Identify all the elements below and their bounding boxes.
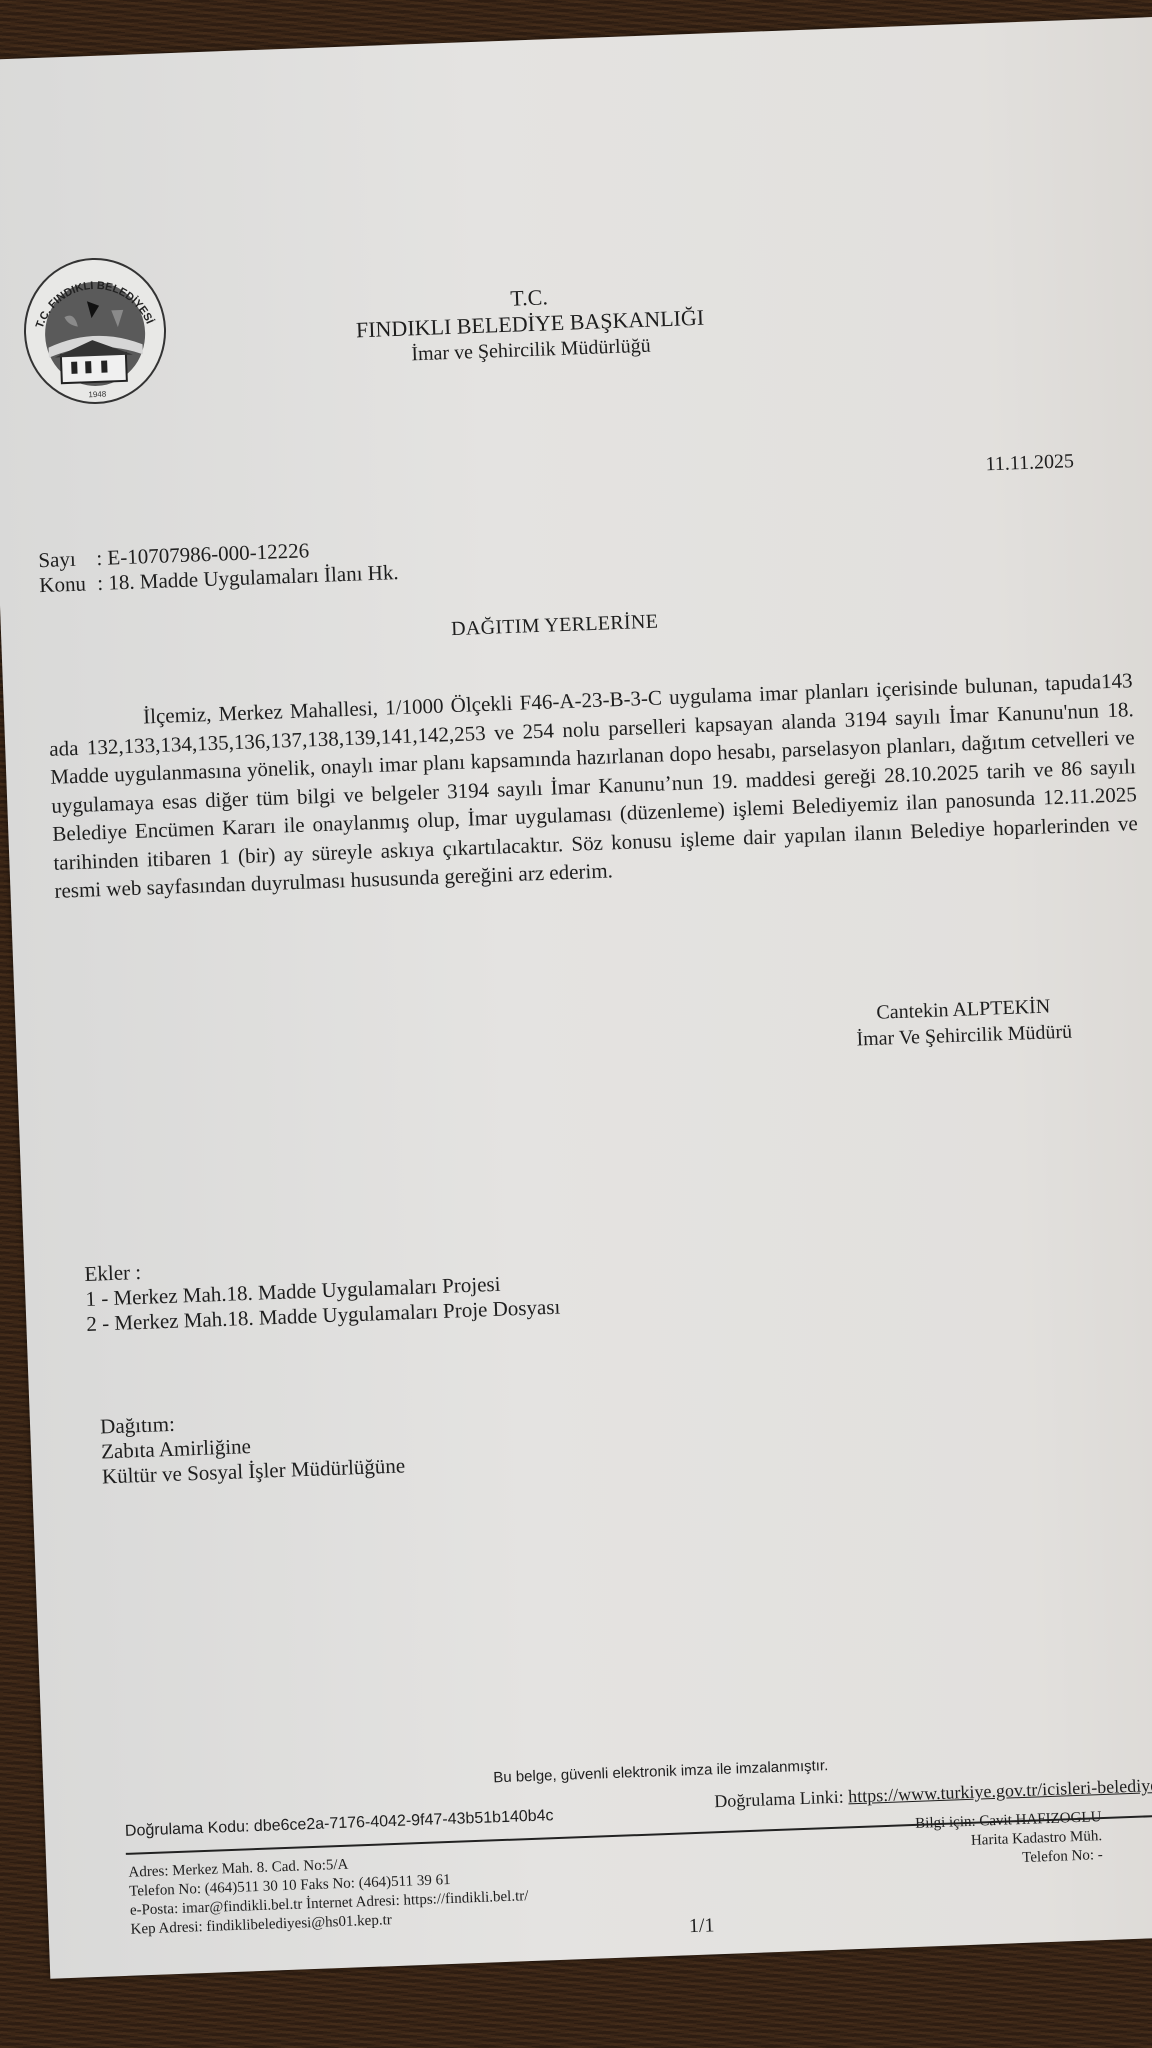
verification-code: Doğrulama Kodu: dbe6ce2a-7176-4042-9f47-… [125, 1807, 554, 1841]
subject-label: Konu [39, 571, 98, 598]
contact-info: Bilgi için: Cavit HAFIZOGLU Harita Kadas… [915, 1808, 1103, 1872]
letterhead: T.C. FINDIKLI BELEDİYE BAŞKANLIĞI İmar v… [319, 277, 742, 370]
number-label: Sayı [38, 546, 97, 573]
document-page: 1948 T.C. FINDIKLI BELEDİYESİ T.C. FINDI… [0, 15, 1152, 1979]
body-paragraph: İlçemiz, Merkez Mahallesi, 1/1000 Ölçekl… [48, 666, 1140, 905]
esignature-note: Bu belge, güvenli elektronik imza ile im… [493, 1757, 829, 1786]
svg-text:1948: 1948 [88, 390, 107, 400]
signature-block: Cantekin ALPTEKİN İmar Ve Şehircilik Müd… [855, 993, 1072, 1053]
distribution-list: Dağıtım: Zabıta Amirliğine Kültür ve Sos… [100, 1403, 406, 1489]
verification-link-label: Doğrulama Linki: [714, 1787, 844, 1812]
letter-body: İlçemiz, Merkez Mahallesi, 1/1000 Ölçekl… [48, 666, 1140, 905]
page-number: 1/1 [688, 1914, 714, 1938]
document-date: 11.11.2025 [985, 450, 1074, 476]
municipality-logo: 1948 T.C. FINDIKLI BELEDİYESİ [17, 253, 172, 408]
distribution-heading: DAĞITIM YERLERİNE [451, 611, 659, 642]
verification-link[interactable]: https://www.turkiye.gov.tr/icisleri-bele… [848, 1775, 1152, 1807]
contact-address: Adres: Merkez Mah. 8. Cad. No:5/A Telefo… [128, 1849, 529, 1940]
attachments: Ekler : 1 - Merkez Mah.18. Madde Uygulam… [84, 1245, 561, 1337]
document-meta: Sayı: E-10707986-000-12226 Konu: 18. Mad… [38, 535, 399, 598]
verification-link-row: Doğrulama Linki: https://www.turkiye.gov… [714, 1775, 1152, 1812]
